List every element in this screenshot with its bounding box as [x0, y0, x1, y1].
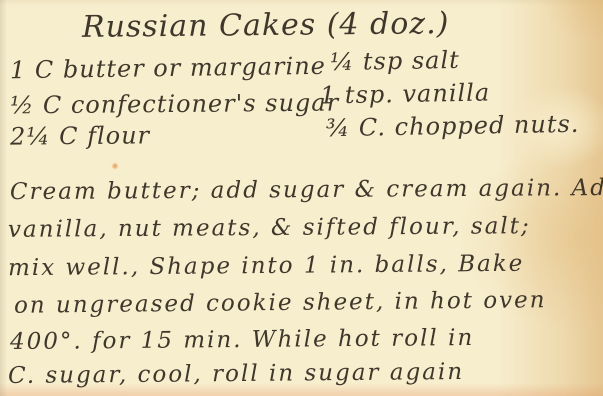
recipe-title: Russian Cakes (4 doz.)	[82, 6, 450, 45]
ingredient-line-salt: ¼ tsp salt	[330, 46, 460, 76]
recipe-card: Russian Cakes (4 doz.) 1 C butter or mar…	[0, 0, 603, 396]
instruction-line-6: C. sugar, cool, roll in sugar again	[8, 359, 464, 389]
instruction-line-1: Cream butter; add sugar & cream again. A…	[10, 175, 603, 205]
instruction-line-3: mix well., Shape into 1 in. balls, Bake	[8, 251, 525, 282]
instruction-line-5: 400°. for 15 min. While hot roll in	[10, 325, 474, 355]
ingredient-line-flour: 2¼ C flour	[10, 121, 150, 150]
ingredient-line-chopped-nuts: ¾ C. chopped nuts.	[326, 110, 580, 142]
ingredient-line-confectioners-sugar: ½ C confectioner's sugar	[10, 89, 339, 120]
instruction-line-2: vanilla, nut meats, & sifted flour, salt…	[8, 213, 531, 243]
instruction-line-4: on ungreased cookie sheet, in hot oven	[14, 287, 547, 319]
ingredient-line-vanilla: 1 tsp. vanilla	[320, 79, 491, 110]
ingredient-line-butter: 1 C butter or margarine	[10, 52, 326, 84]
